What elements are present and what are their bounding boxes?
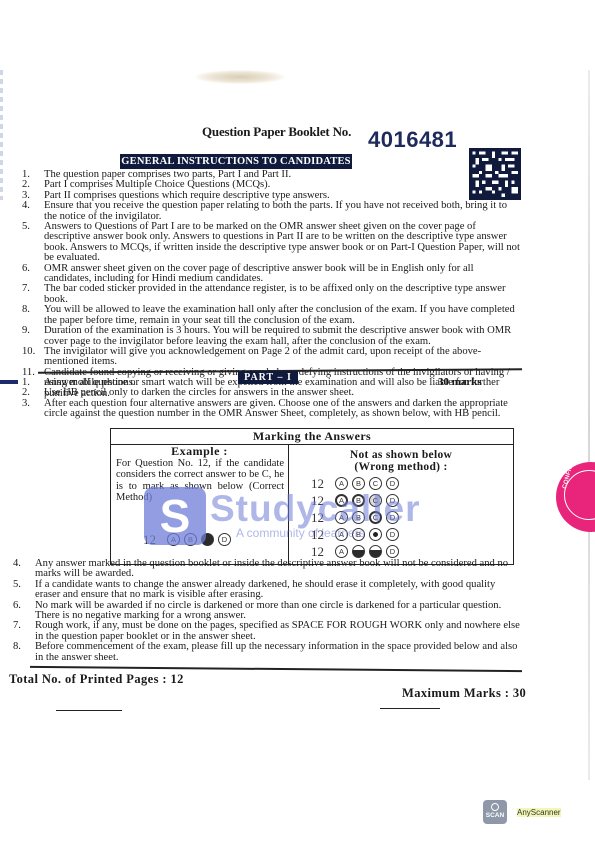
instruction-text: You will be allowed to leave the examina… (44, 304, 515, 325)
instruction-text: After each question four alternative ans… (44, 398, 508, 419)
instruction-text: No mark will be awarded if no circle is … (35, 600, 501, 621)
watermark-name: Studycaller (210, 488, 420, 530)
confidential-stamp-icon: CONFIDENTIAL (556, 462, 595, 532)
wrong-heading-line-2: (Wrong method) : (289, 461, 513, 473)
part-1-instructions-list: 1.Answer all questions.2.Use HB pencil o… (22, 378, 522, 420)
scan-label: SCAN (486, 812, 504, 819)
divider (56, 710, 122, 711)
instruction-item: 6.OMR answer sheet given on the cover pa… (22, 264, 522, 285)
divider (380, 708, 440, 709)
instruction-text: Part II comprises questions which requir… (44, 190, 330, 201)
page-edge-right (588, 70, 590, 780)
scan-app-icon: SCAN (483, 800, 507, 824)
instruction-number: 5. (22, 222, 30, 232)
instruction-number: 3. (22, 399, 30, 409)
instruction-item: 8.You will be allowed to leave the exami… (22, 305, 522, 326)
booklet-label: Question Paper Booklet No. (202, 124, 351, 140)
part-1-instructions-list-continued: 4.Any answer marked in the question book… (13, 559, 523, 663)
general-instructions-heading: GENERAL INSTRUCTIONS TO CANDIDATES (120, 154, 352, 169)
instruction-text: Before commencement of the exam, please … (35, 641, 517, 662)
booklet-number: 4016481 (368, 127, 457, 153)
instruction-number: 7. (22, 284, 30, 294)
instruction-text: Use HB pencil only to darken the circles… (44, 387, 354, 398)
instruction-text: The question paper comprises two parts, … (44, 169, 291, 180)
instruction-text: Part I comprises Multiple Choice Questio… (44, 179, 270, 190)
instruction-number: 5. (13, 580, 21, 590)
scanner-app-name: AnyScanner (517, 808, 561, 817)
instruction-item: 3.After each question four alternative a… (22, 399, 522, 420)
answer-bubble-icon: D (218, 533, 231, 546)
instruction-item: 6.No mark will be awarded if no circle i… (13, 601, 523, 622)
instruction-number: 6. (13, 601, 21, 611)
instruction-text: Ensure that you receive the question pap… (44, 200, 507, 221)
instruction-number: 9. (22, 326, 30, 336)
instruction-number: 8. (13, 642, 21, 652)
instruction-text: The invigilator will give you acknowledg… (44, 346, 481, 367)
instruction-item: 4.Ensure that you receive the question p… (22, 201, 522, 222)
instruction-text: The bar coded sticker provided in the at… (44, 283, 506, 304)
instruction-text: OMR answer sheet given on the cover page… (44, 263, 474, 284)
divider (30, 666, 522, 672)
maximum-marks: Maximum Marks : 30 (402, 686, 526, 701)
instruction-number: 10. (22, 347, 35, 357)
answer-bubble-icon: A (335, 545, 348, 558)
example-heading: Example : (111, 446, 288, 458)
instruction-text: Any answer marked in the question bookle… (35, 558, 508, 579)
answer-bubble-icon: C (369, 545, 382, 558)
instruction-item: 4.Any answer marked in the question book… (13, 559, 523, 580)
instruction-item: 8.Before commencement of the exam, pleas… (13, 642, 523, 663)
instruction-item: 5.If a candidate wants to change the ans… (13, 580, 523, 601)
instruction-text: Rough work, if any, must be done on the … (35, 620, 520, 641)
instruction-item: 5.Answers to Questions of Part I are to … (22, 222, 522, 264)
instruction-number: 7. (13, 621, 21, 631)
instruction-text: Duration of the examination is 3 hours. … (44, 325, 511, 346)
instruction-number: 4. (22, 201, 30, 211)
page-edge-left (0, 70, 3, 200)
scan-shadow (195, 70, 285, 84)
wrong-method-heading: Not as shown below (Wrong method) : (289, 449, 513, 473)
total-printed-pages: Total No. of Printed Pages : 12 (9, 672, 184, 687)
instruction-text: Answer all questions. (44, 377, 136, 388)
instruction-text: If a candidate wants to change the answe… (35, 579, 495, 600)
instruction-item: 9.Duration of the examination is 3 hours… (22, 326, 522, 347)
instruction-item: 7.The bar coded sticker provided in the … (22, 284, 522, 305)
general-instructions-list: 1.The question paper comprises two parts… (22, 170, 522, 399)
instruction-number: 8. (22, 305, 30, 315)
watermark-tagline: A community of learners (236, 526, 365, 540)
instruction-item: 7.Rough work, if any, must be done on th… (13, 621, 523, 642)
instruction-number: 4. (13, 559, 21, 569)
instruction-text: Answers to Questions of Part I are to be… (44, 221, 520, 263)
instruction-number: 6. (22, 264, 30, 274)
answer-bubble-icon: B (352, 545, 365, 558)
instruction-item: 10.The invigilator will give you acknowl… (22, 347, 522, 368)
margin-mark (0, 380, 18, 384)
watermark-logo: S (144, 487, 206, 545)
marking-title: Marking the Answers (111, 429, 513, 445)
answer-bubble-icon: D (386, 545, 399, 558)
wrong-heading-line-1: Not as shown below (289, 449, 513, 461)
